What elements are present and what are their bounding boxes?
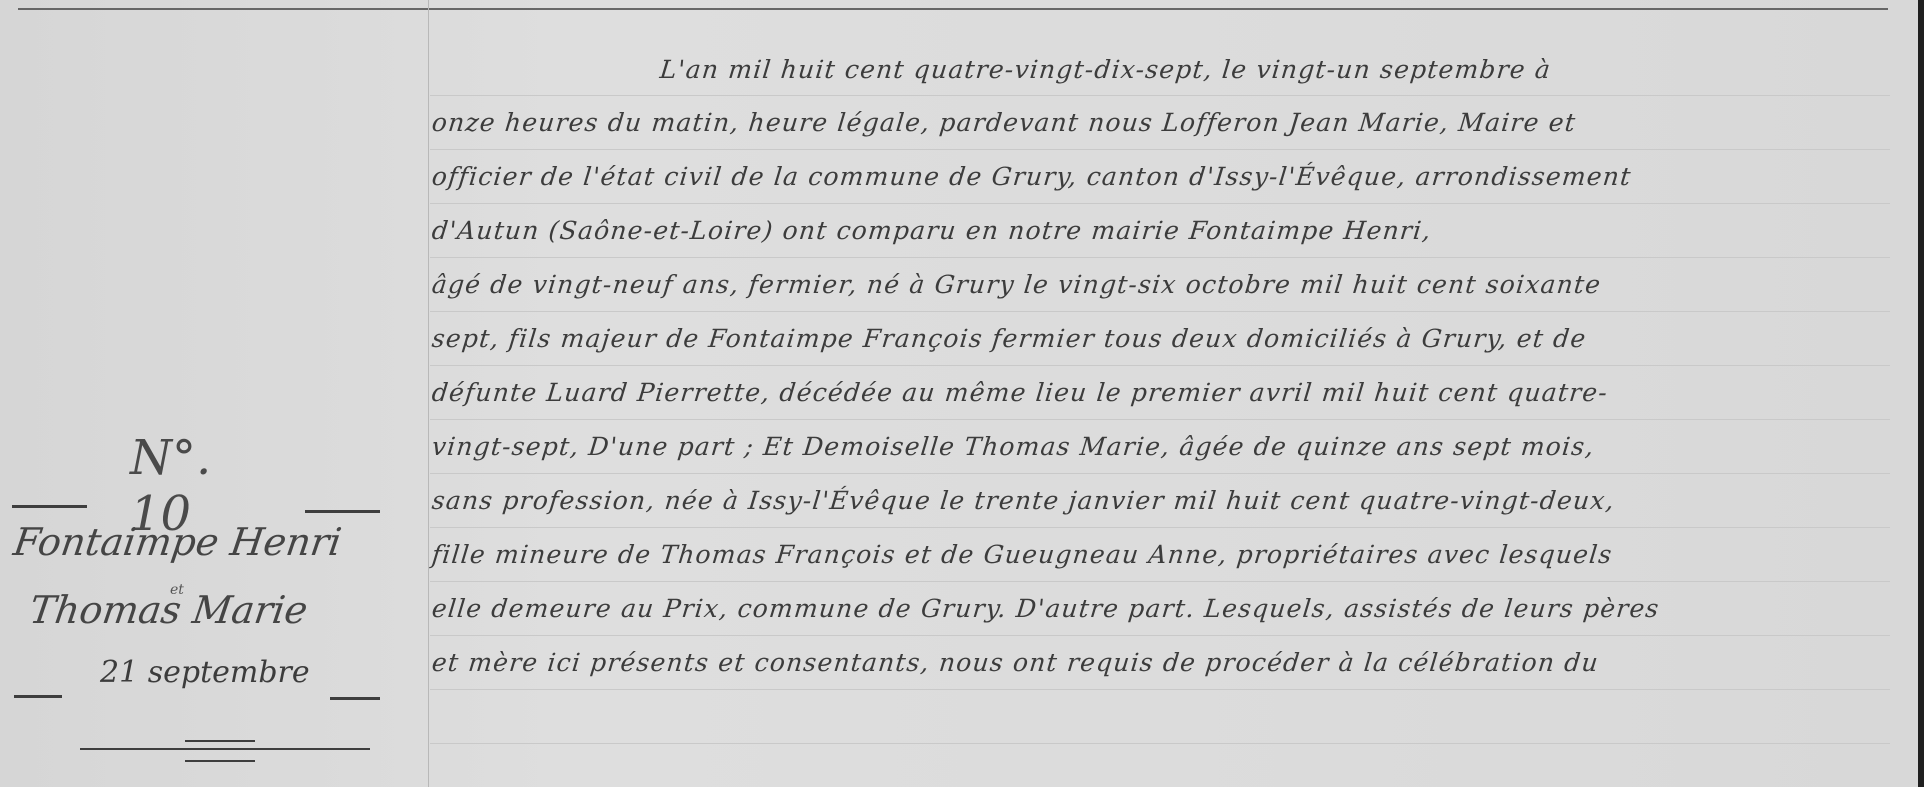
margin-dash — [330, 697, 380, 700]
body-line: vingt-sept, D'une part ; Et Demoiselle T… — [430, 432, 1596, 461]
ruled-line — [430, 365, 1890, 366]
marriage-date: 21 septembre — [100, 655, 310, 690]
ruled-line — [430, 95, 1890, 96]
register-page: N°. 10 Fontaimpe Henri et Thomas Marie 2… — [0, 0, 1918, 787]
ruled-line — [430, 635, 1890, 636]
margin-dash — [14, 695, 62, 698]
body-line: défunte Luard Pierrette, décédée au même… — [430, 378, 1609, 407]
ruled-line — [430, 581, 1890, 582]
margin-dash — [305, 510, 380, 513]
ruled-line — [430, 203, 1890, 204]
ruled-line — [430, 689, 1890, 690]
body-line: L'an mil huit cent quatre-vingt-dix-sept… — [658, 55, 1552, 84]
double-rule — [185, 760, 255, 762]
ruled-line — [430, 149, 1890, 150]
body-line: âgé de vingt-neuf ans, fermier, né à Gru… — [430, 270, 1602, 299]
ruled-line — [430, 311, 1890, 312]
ruled-line — [430, 743, 1890, 744]
ruled-line — [430, 257, 1890, 258]
top-rule — [18, 8, 1888, 10]
body-line: elle demeure au Prix, commune de Grury. … — [430, 594, 1661, 623]
bride-name: Thomas Marie — [27, 588, 311, 632]
double-rule — [185, 740, 255, 742]
groom-name: Fontaimpe Henri — [11, 520, 344, 564]
margin-dash — [12, 505, 87, 508]
body-line: fille mineure de Thomas François et de G… — [430, 540, 1614, 569]
closing-rule — [80, 748, 370, 750]
ruled-line — [430, 527, 1890, 528]
body-line: officier de l'état civil de la commune d… — [430, 162, 1633, 191]
body-line: et mère ici présents et consentants, nou… — [430, 648, 1600, 677]
margin-line — [428, 0, 429, 787]
body-line: sans profession, née à Issy-l'Évêque le … — [430, 486, 1616, 515]
ruled-line — [430, 473, 1890, 474]
body-line: sept, fils majeur de Fontaimpe François … — [430, 324, 1588, 353]
ruled-line — [430, 419, 1890, 420]
page-edge — [1918, 0, 1924, 787]
body-line: onze heures du matin, heure légale, pard… — [430, 108, 1577, 137]
body-line: d'Autun (Saône-et-Loire) ont comparu en … — [430, 216, 1433, 245]
